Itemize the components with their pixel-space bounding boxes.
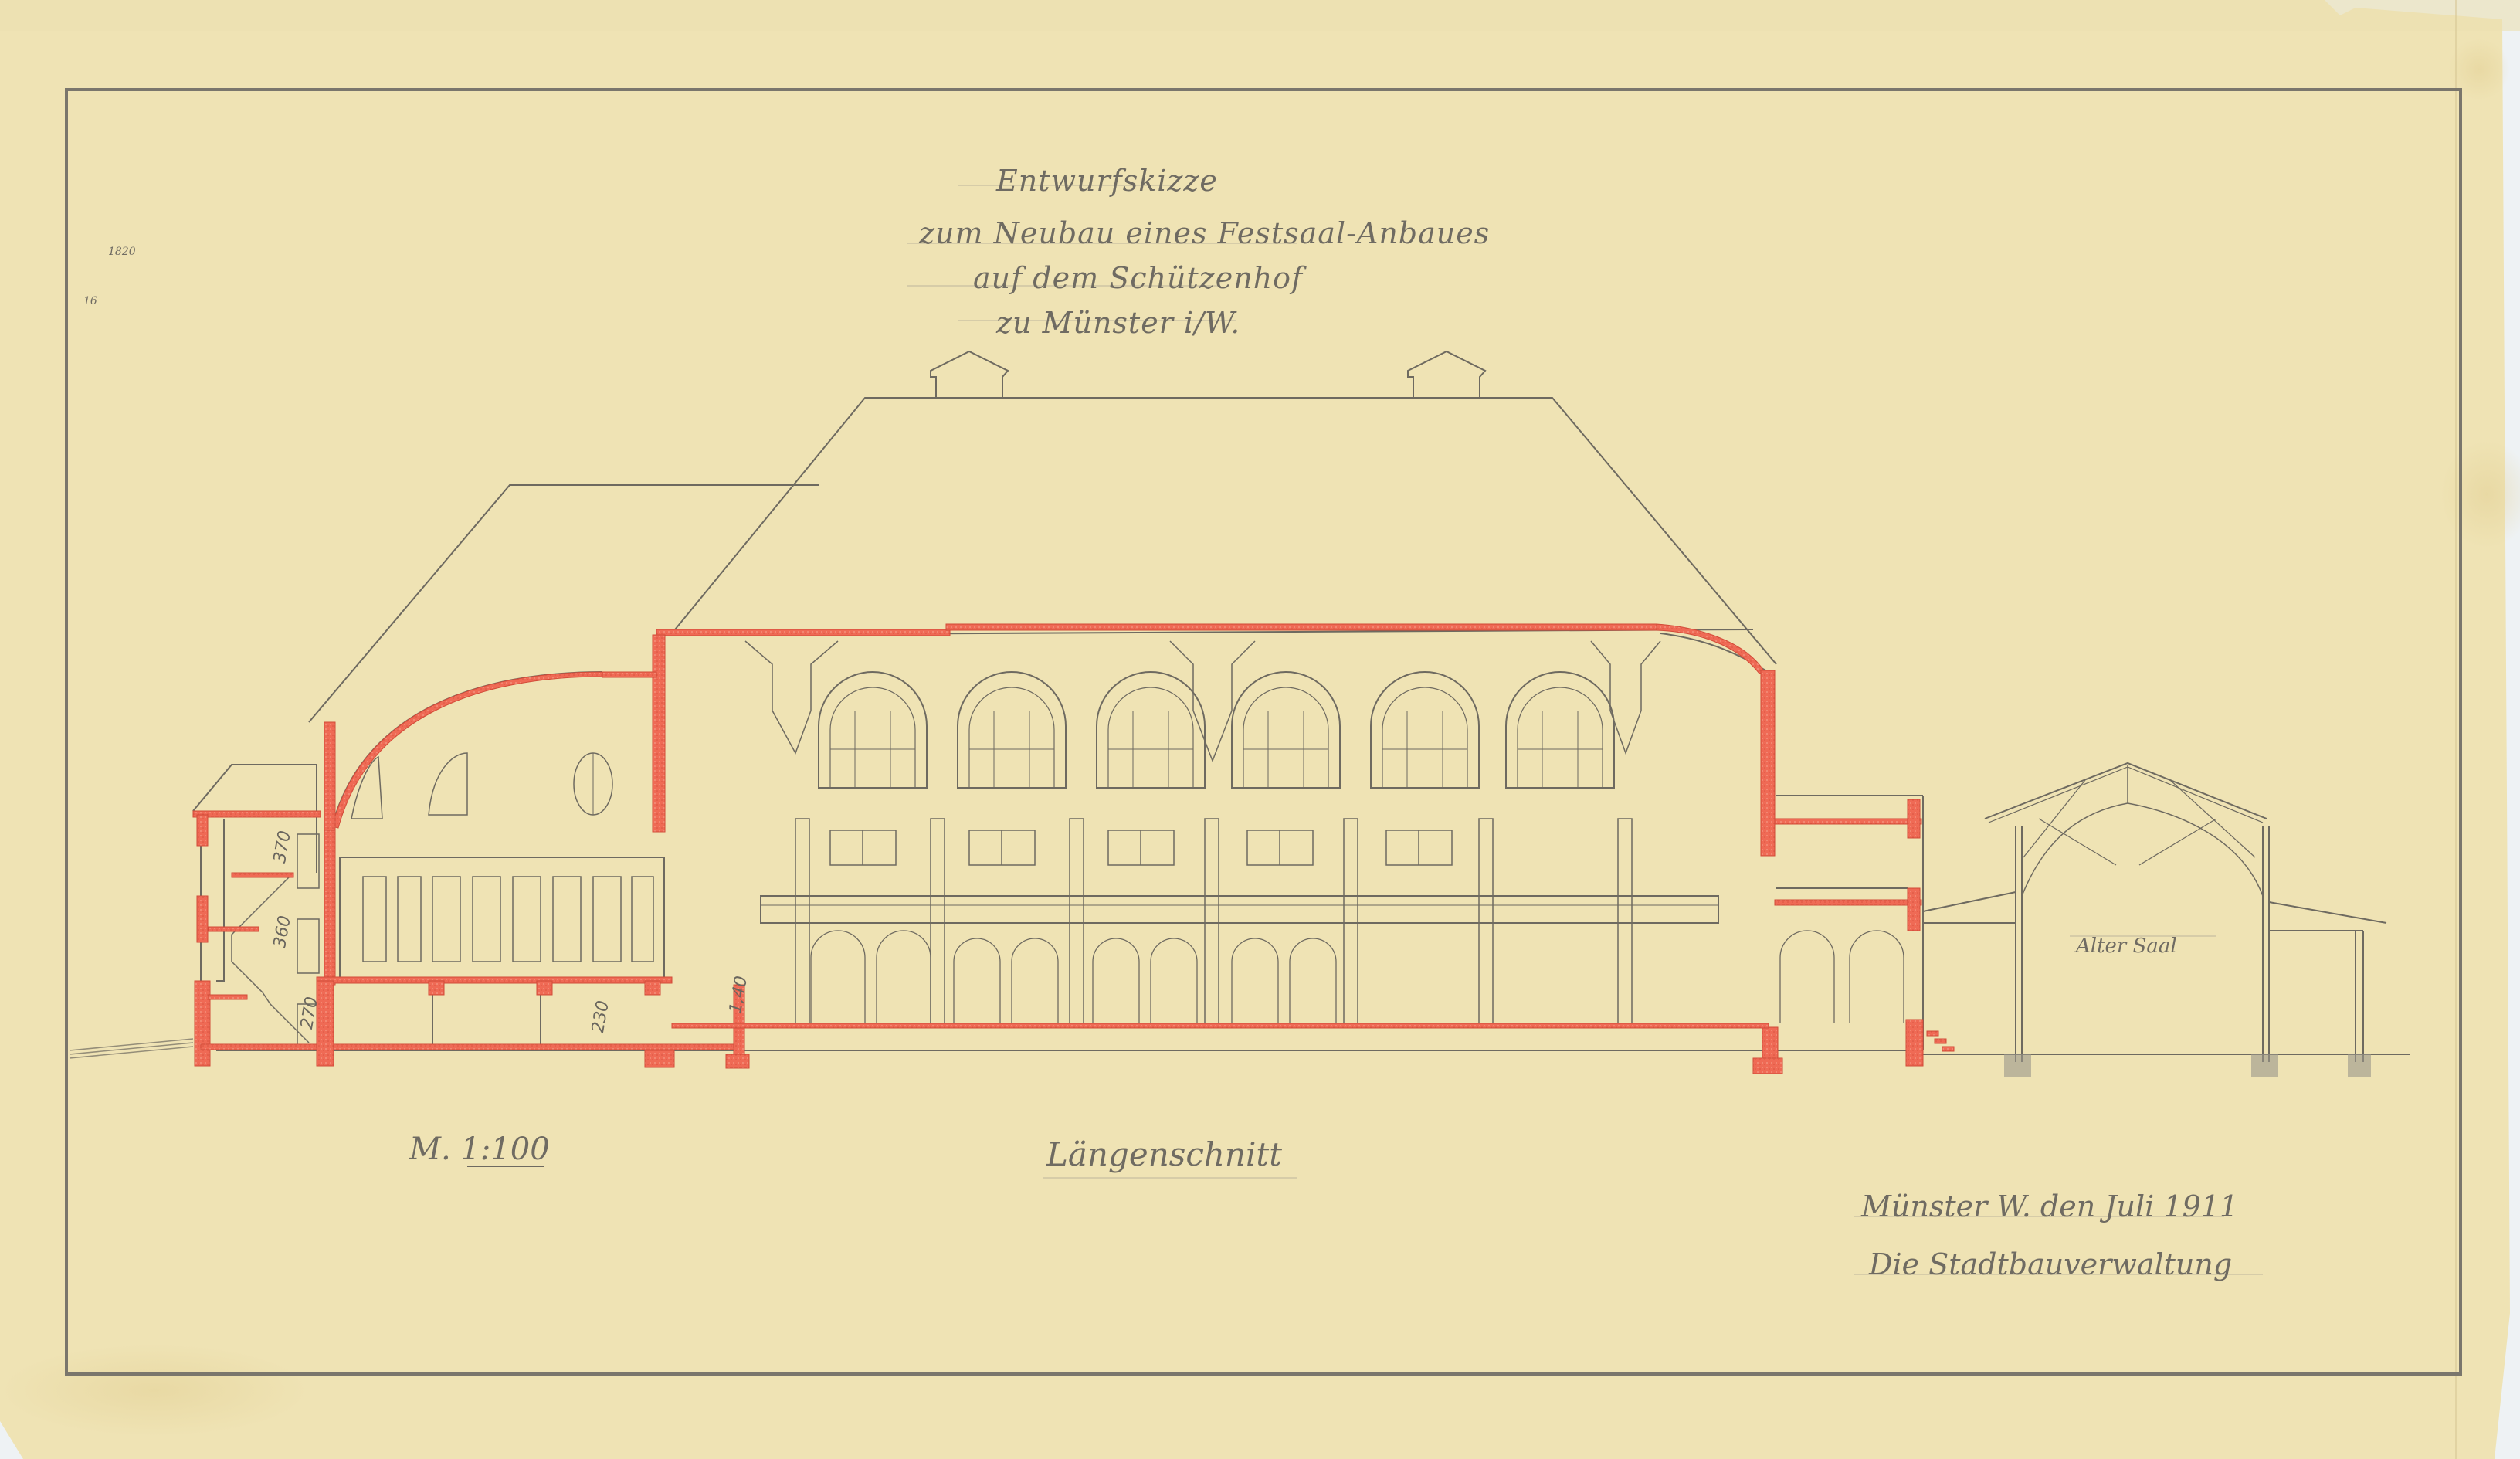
title-line-3: auf dem Schützenhof [973, 261, 1303, 295]
title-line-4: zu Münster i/W. [996, 306, 1240, 340]
drawing-sheet: Entwurfskizze zum Neubau eines Festsaal-… [0, 0, 2520, 1459]
title-line-1: Entwurfskizze [996, 164, 1218, 198]
title-line-2: zum Neubau eines Festsaal-Anbaues [919, 216, 1490, 250]
scale-label: M. 1:100 [409, 1132, 550, 1167]
room-label-alter-saal: Alter Saal [2076, 935, 2177, 958]
signature-authority: Die Stadtbauverwaltung [1869, 1247, 2232, 1281]
margin-note-top: 1820 [108, 246, 136, 258]
section-label: Längenschnitt [1046, 1135, 1282, 1173]
signature-place-date: Münster W. den Juli 1911 [1861, 1189, 2238, 1223]
margin-note-small: 16 [83, 295, 97, 307]
